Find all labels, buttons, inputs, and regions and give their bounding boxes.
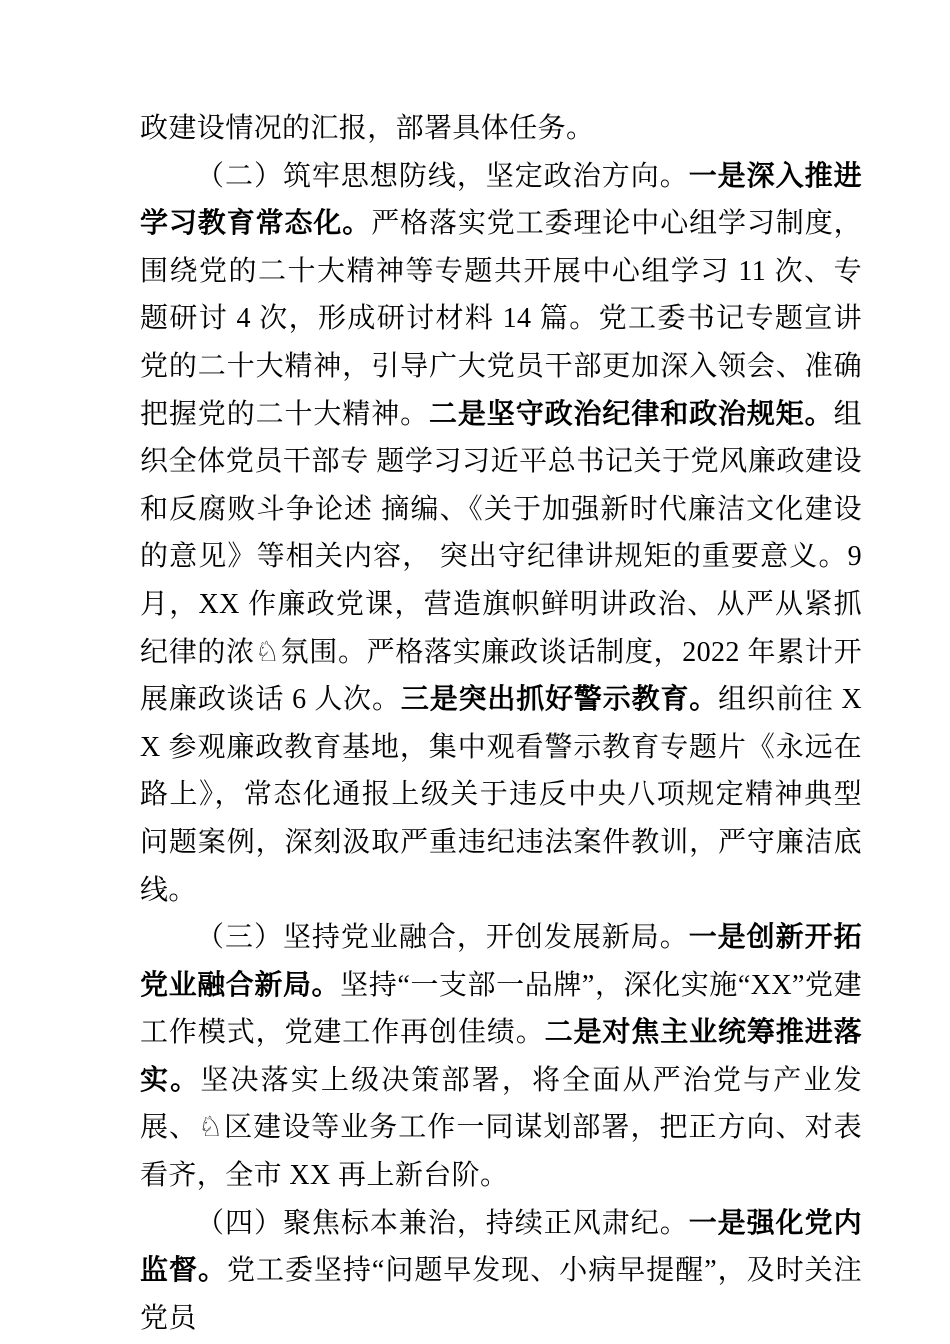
body-text: 党工委坚持“问题早发现、小病早提醒”，及时关注党员	[140, 1255, 862, 1334]
body-text: 组织全体党员干部专 题学习习近平总书记关于党风廉政建设和反腐败斗争论述 摘编、《…	[140, 399, 862, 716]
body-text: （三）坚持党业融合，开创发展新局。	[196, 922, 689, 953]
body-text: （二）筑牢思想防线，坚定政治方向。	[196, 161, 689, 192]
body-text: 严格落实党工委理论中心组学习制度，围绕党的二十大精神等专题共开展中心组学习 11…	[140, 208, 862, 429]
body-text: 组织前往 XX 参观廉政教育基地，集中观看警示教育专题片《永远在路上》，常态化通…	[140, 684, 862, 905]
body-text: 坚决落实上级决策部署，将全面从严治党与产业发展、♘区建设等业务工作一同谋划部署，…	[140, 1065, 862, 1191]
document-body: 政建设情况的汇报，部署具体任务。（二）筑牢思想防线，坚定政治方向。一是深入推进学…	[140, 105, 862, 1342]
document-paragraph: （二）筑牢思想防线，坚定政治方向。一是深入推进学习教育常态化。严格落实党工委理论…	[140, 153, 862, 915]
emphasis-heading-text: 二是坚守政治纪律和政治规矩。	[429, 399, 834, 430]
body-text: （四）聚焦标本兼治，持续正风肃纪。	[196, 1208, 689, 1239]
document-paragraph: 政建设情况的汇报，部署具体任务。	[140, 105, 862, 153]
emphasis-heading-text: 三是突出抓好警示教育。	[401, 684, 718, 715]
document-page: 政建设情况的汇报，部署具体任务。（二）筑牢思想防线，坚定政治方向。一是深入推进学…	[0, 0, 950, 1344]
document-paragraph: （四）聚焦标本兼治，持续正风肃纪。一是强化党内监督。党工委坚持“问题早发现、小病…	[140, 1200, 862, 1343]
body-text: 政建设情况的汇报，部署具体任务。	[140, 113, 594, 144]
document-paragraph: （三）坚持党业融合，开创发展新局。一是创新开拓党业融合新局。坚持“一支部一品牌”…	[140, 914, 862, 1200]
